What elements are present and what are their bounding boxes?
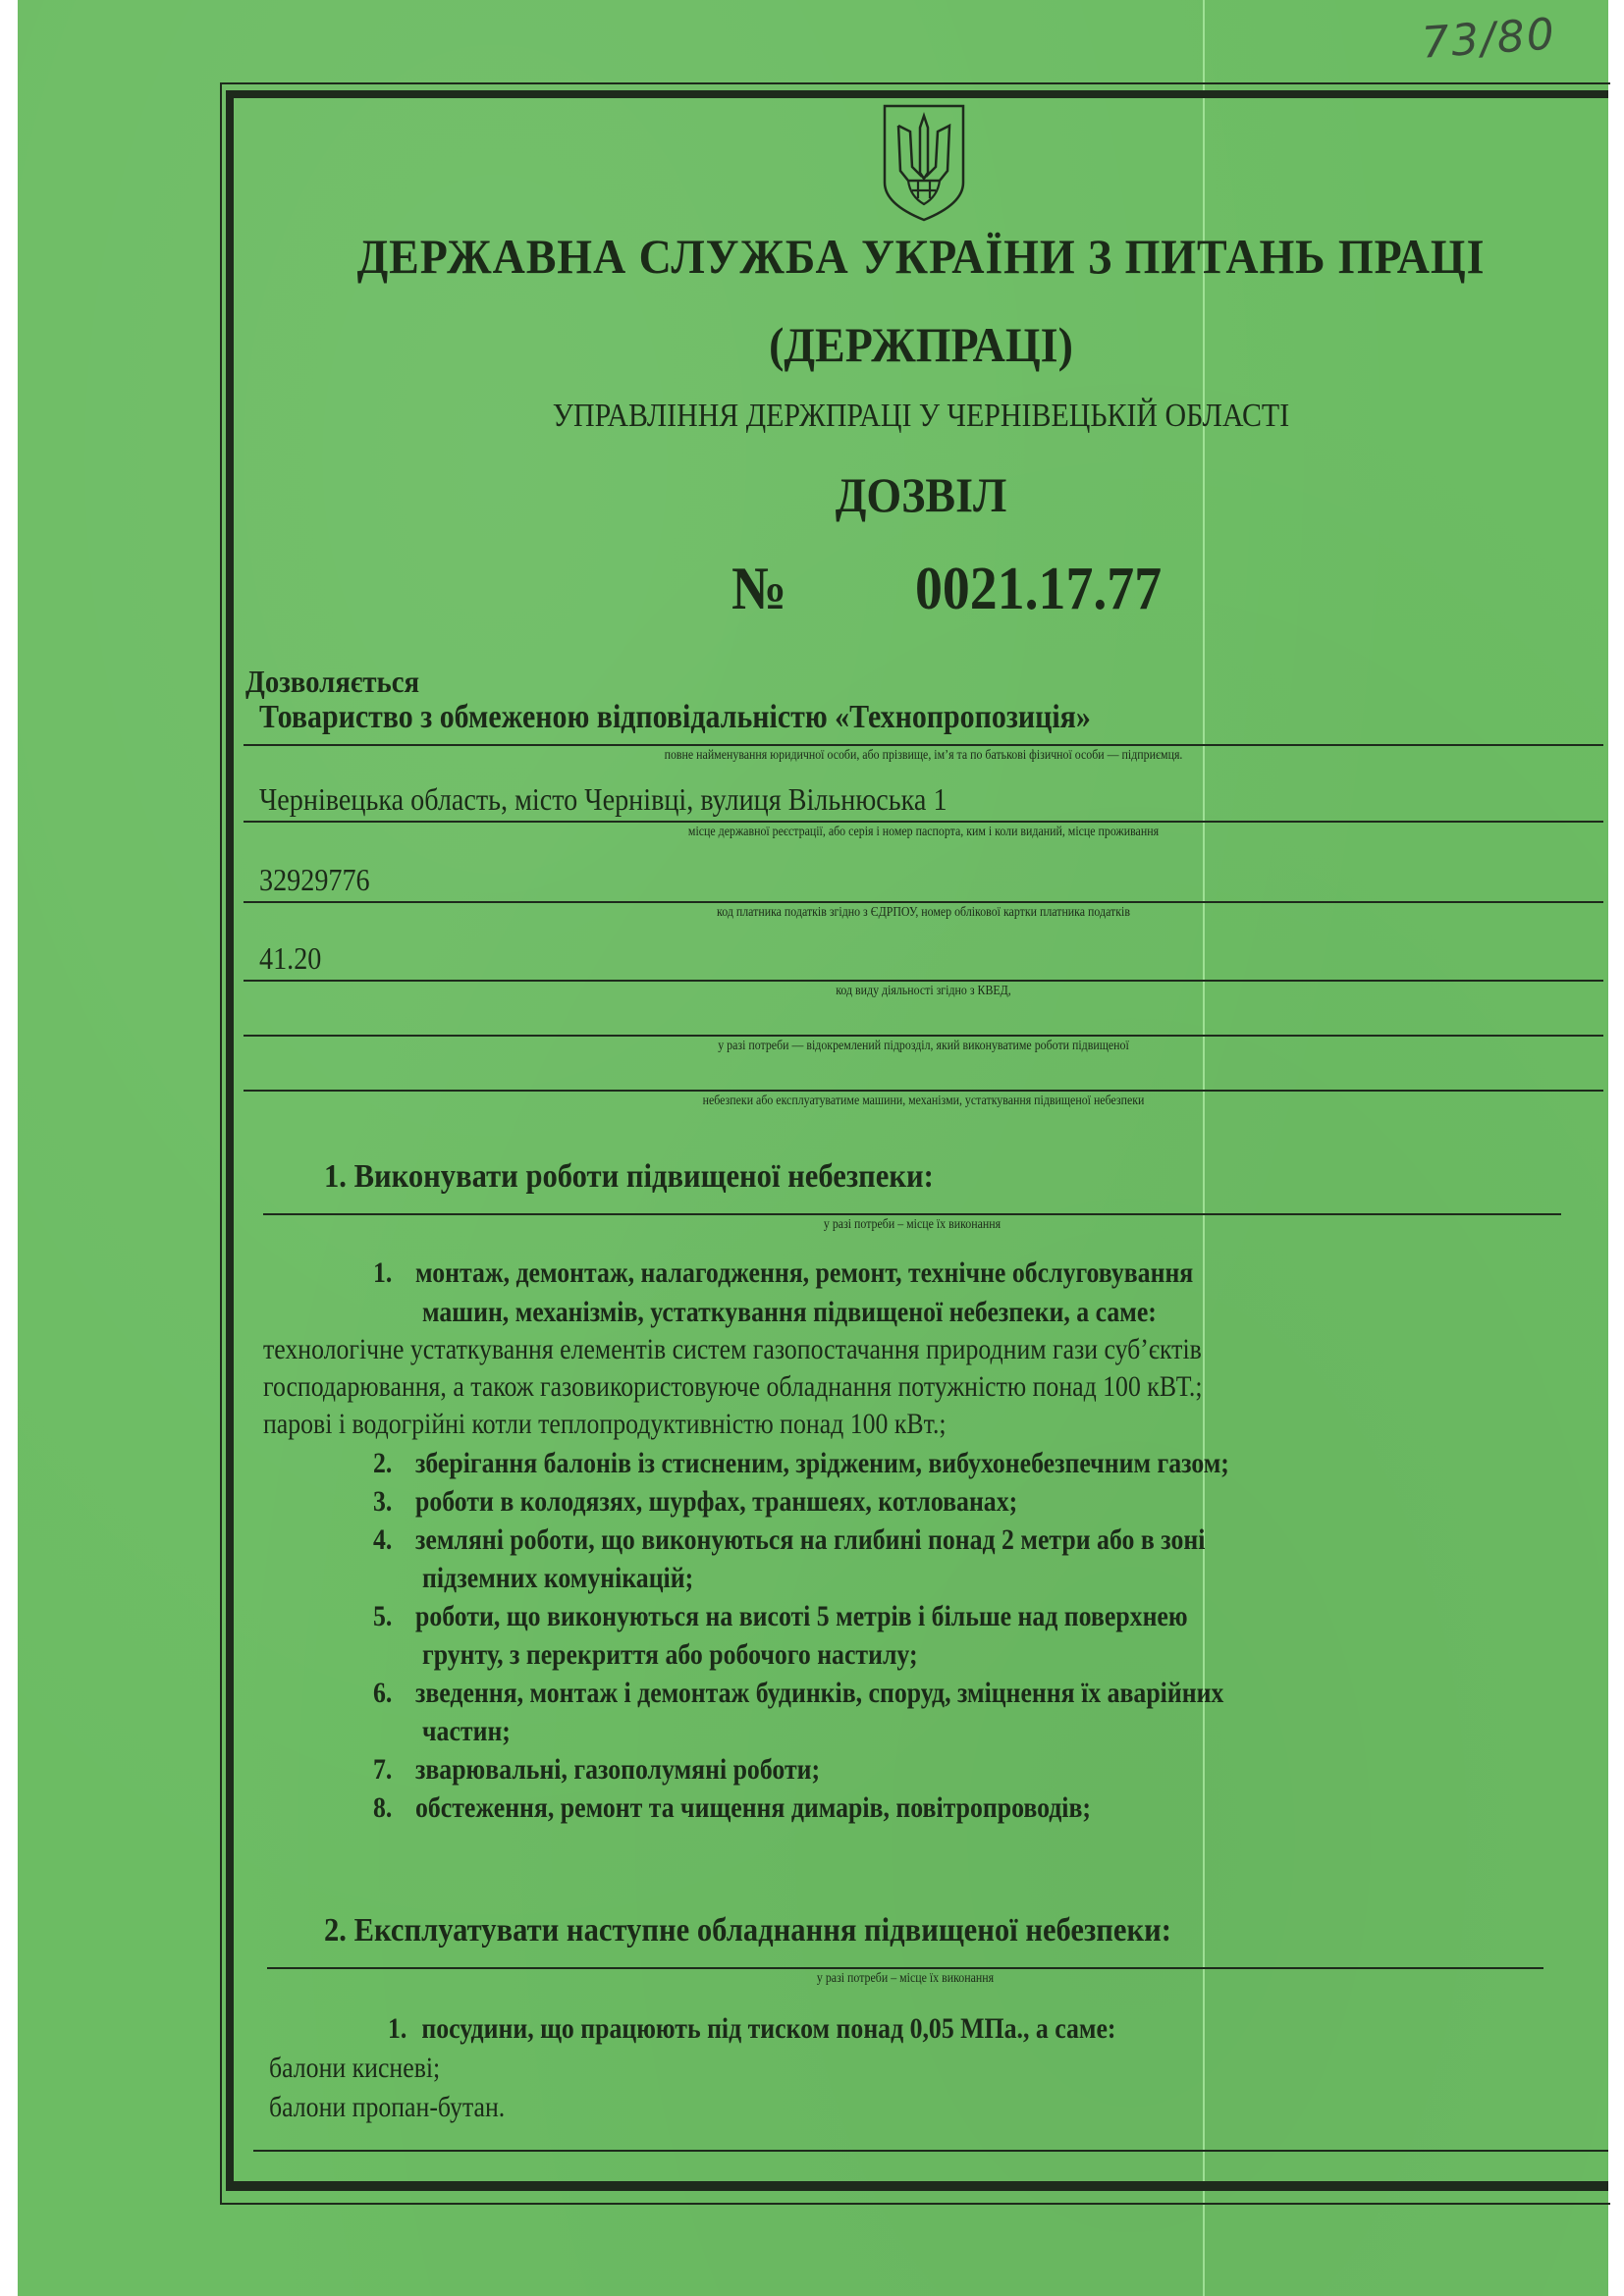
field-rule bbox=[244, 901, 1603, 903]
permit-number-value: 0021.17.77 bbox=[915, 555, 1162, 624]
section1-item-1: 1.монтаж, демонтаж, налагодження, ремонт… bbox=[373, 1256, 1193, 1290]
section1-item-5-cont: грунту, з перекриття або робочого настил… bbox=[422, 1638, 918, 1672]
section1-item-4-cont: підземних комунікацій; bbox=[422, 1562, 693, 1595]
company-name: Товариство з обмеженою відповідальністю … bbox=[259, 699, 1091, 736]
field-rule bbox=[244, 980, 1603, 982]
field-hint: повне найменування юридичної особи, або … bbox=[346, 748, 1501, 764]
section2-detail: балони пропан-бутан. bbox=[269, 2091, 505, 2124]
field-hint: місце державної реєстрації, або серія і … bbox=[346, 825, 1501, 840]
field-company-name: Товариство з обмеженою відповідальністю … bbox=[244, 699, 1603, 768]
agency-short-title: (ДЕРЖПРАЦІ) bbox=[289, 316, 1553, 373]
field-hint: небезпеки або експлуатуватиме машини, ме… bbox=[346, 1094, 1501, 1109]
field-tax-code: 32929776 код платника податків згідно з … bbox=[244, 862, 1603, 931]
section1-title: 1. Виконувати роботи підвищеної небезпек… bbox=[324, 1158, 934, 1196]
section1-item-5: 5.роботи, що виконуються на висоті 5 мет… bbox=[373, 1600, 1188, 1633]
section1-item-6: 6.зведення, монтаж і демонтаж будинків, … bbox=[373, 1677, 1223, 1710]
permitted-label: Дозволяється bbox=[245, 664, 419, 700]
bottom-rule bbox=[253, 2150, 1608, 2152]
permit-number: № 0021.17.77 bbox=[234, 555, 1608, 623]
section1-item-2: 2.зберігання балонів із стисненим, зрідж… bbox=[373, 1447, 1229, 1480]
section1-detail: технологічне устаткування елементів сист… bbox=[263, 1333, 1202, 1366]
section1-detail: парові і водогрійні котли теплопродуктив… bbox=[263, 1408, 947, 1441]
section1-item-4: 4.земляні роботи, що виконуються на глиб… bbox=[373, 1523, 1205, 1557]
field-rule bbox=[244, 744, 1603, 746]
trident-emblem-icon bbox=[879, 102, 969, 224]
field-subdivision: у разі потреби — відокремлений підрозділ… bbox=[244, 1015, 1603, 1054]
section1-item-7: 7.зварювальні, газополумяні роботи; bbox=[373, 1753, 820, 1787]
field-kved: 41.20 код виду діяльності згідно з КВЕД, bbox=[244, 940, 1603, 1009]
tax-code: 32929776 bbox=[259, 862, 370, 898]
field-hint: у разі потреби — відокремлений підрозділ… bbox=[346, 1039, 1501, 1054]
section1-rule bbox=[263, 1213, 1561, 1215]
section1-item-6-cont: частин; bbox=[422, 1715, 511, 1748]
section1-item-8: 8.обстеження, ремонт та чищення димарів,… bbox=[373, 1791, 1091, 1825]
handwritten-note: 73/80 bbox=[1420, 9, 1557, 68]
section2-detail: балони кисневі; bbox=[269, 2052, 440, 2085]
section2-title: 2. Експлуатувати наступне обладнання під… bbox=[324, 1912, 1171, 1949]
kved-code: 41.20 bbox=[259, 940, 321, 977]
field-rule bbox=[244, 1090, 1603, 1092]
section2-hint: у разі потреби – місце їх виконання bbox=[363, 1971, 1448, 1987]
section2-item-1: 1.посудини, що працюють під тиском понад… bbox=[388, 2012, 1115, 2046]
agency-title: ДЕРЖАВНА СЛУЖБА УКРАЇНИ З ПИТАНЬ ПРАЦІ bbox=[289, 228, 1553, 285]
field-hint: код платника податків згідно з ЄДРПОУ, н… bbox=[346, 905, 1501, 921]
section1-hint: у разі потреби – місце їх виконання bbox=[360, 1217, 1464, 1233]
field-rule bbox=[244, 1035, 1603, 1037]
department-title: УПРАВЛІННЯ ДЕРЖПРАЦІ У ЧЕРНІВЕЦЬКІЙ ОБЛА… bbox=[316, 398, 1526, 435]
field-hint: код виду діяльності згідно з КВЕД, bbox=[346, 984, 1501, 999]
section2-rule bbox=[267, 1967, 1543, 1969]
field-rule bbox=[244, 821, 1603, 823]
section1-detail: господарювання, а також газовикористовую… bbox=[263, 1370, 1203, 1404]
address: Чернівецька область, місто Чернівці, вул… bbox=[259, 781, 947, 818]
field-address: Чернівецька область, місто Чернівці, вул… bbox=[244, 781, 1603, 850]
number-sign: № bbox=[731, 555, 786, 624]
field-subdivision-cont: небезпеки або експлуатуватиме машини, ме… bbox=[244, 1070, 1603, 1109]
section1-item-1-cont: машин, механізмів, устаткування підвищен… bbox=[422, 1296, 1157, 1329]
section1-item-3: 3.роботи в колодязях, шурфах, траншеях, … bbox=[373, 1485, 1017, 1519]
document-type: ДОЗВІЛ bbox=[289, 466, 1553, 523]
